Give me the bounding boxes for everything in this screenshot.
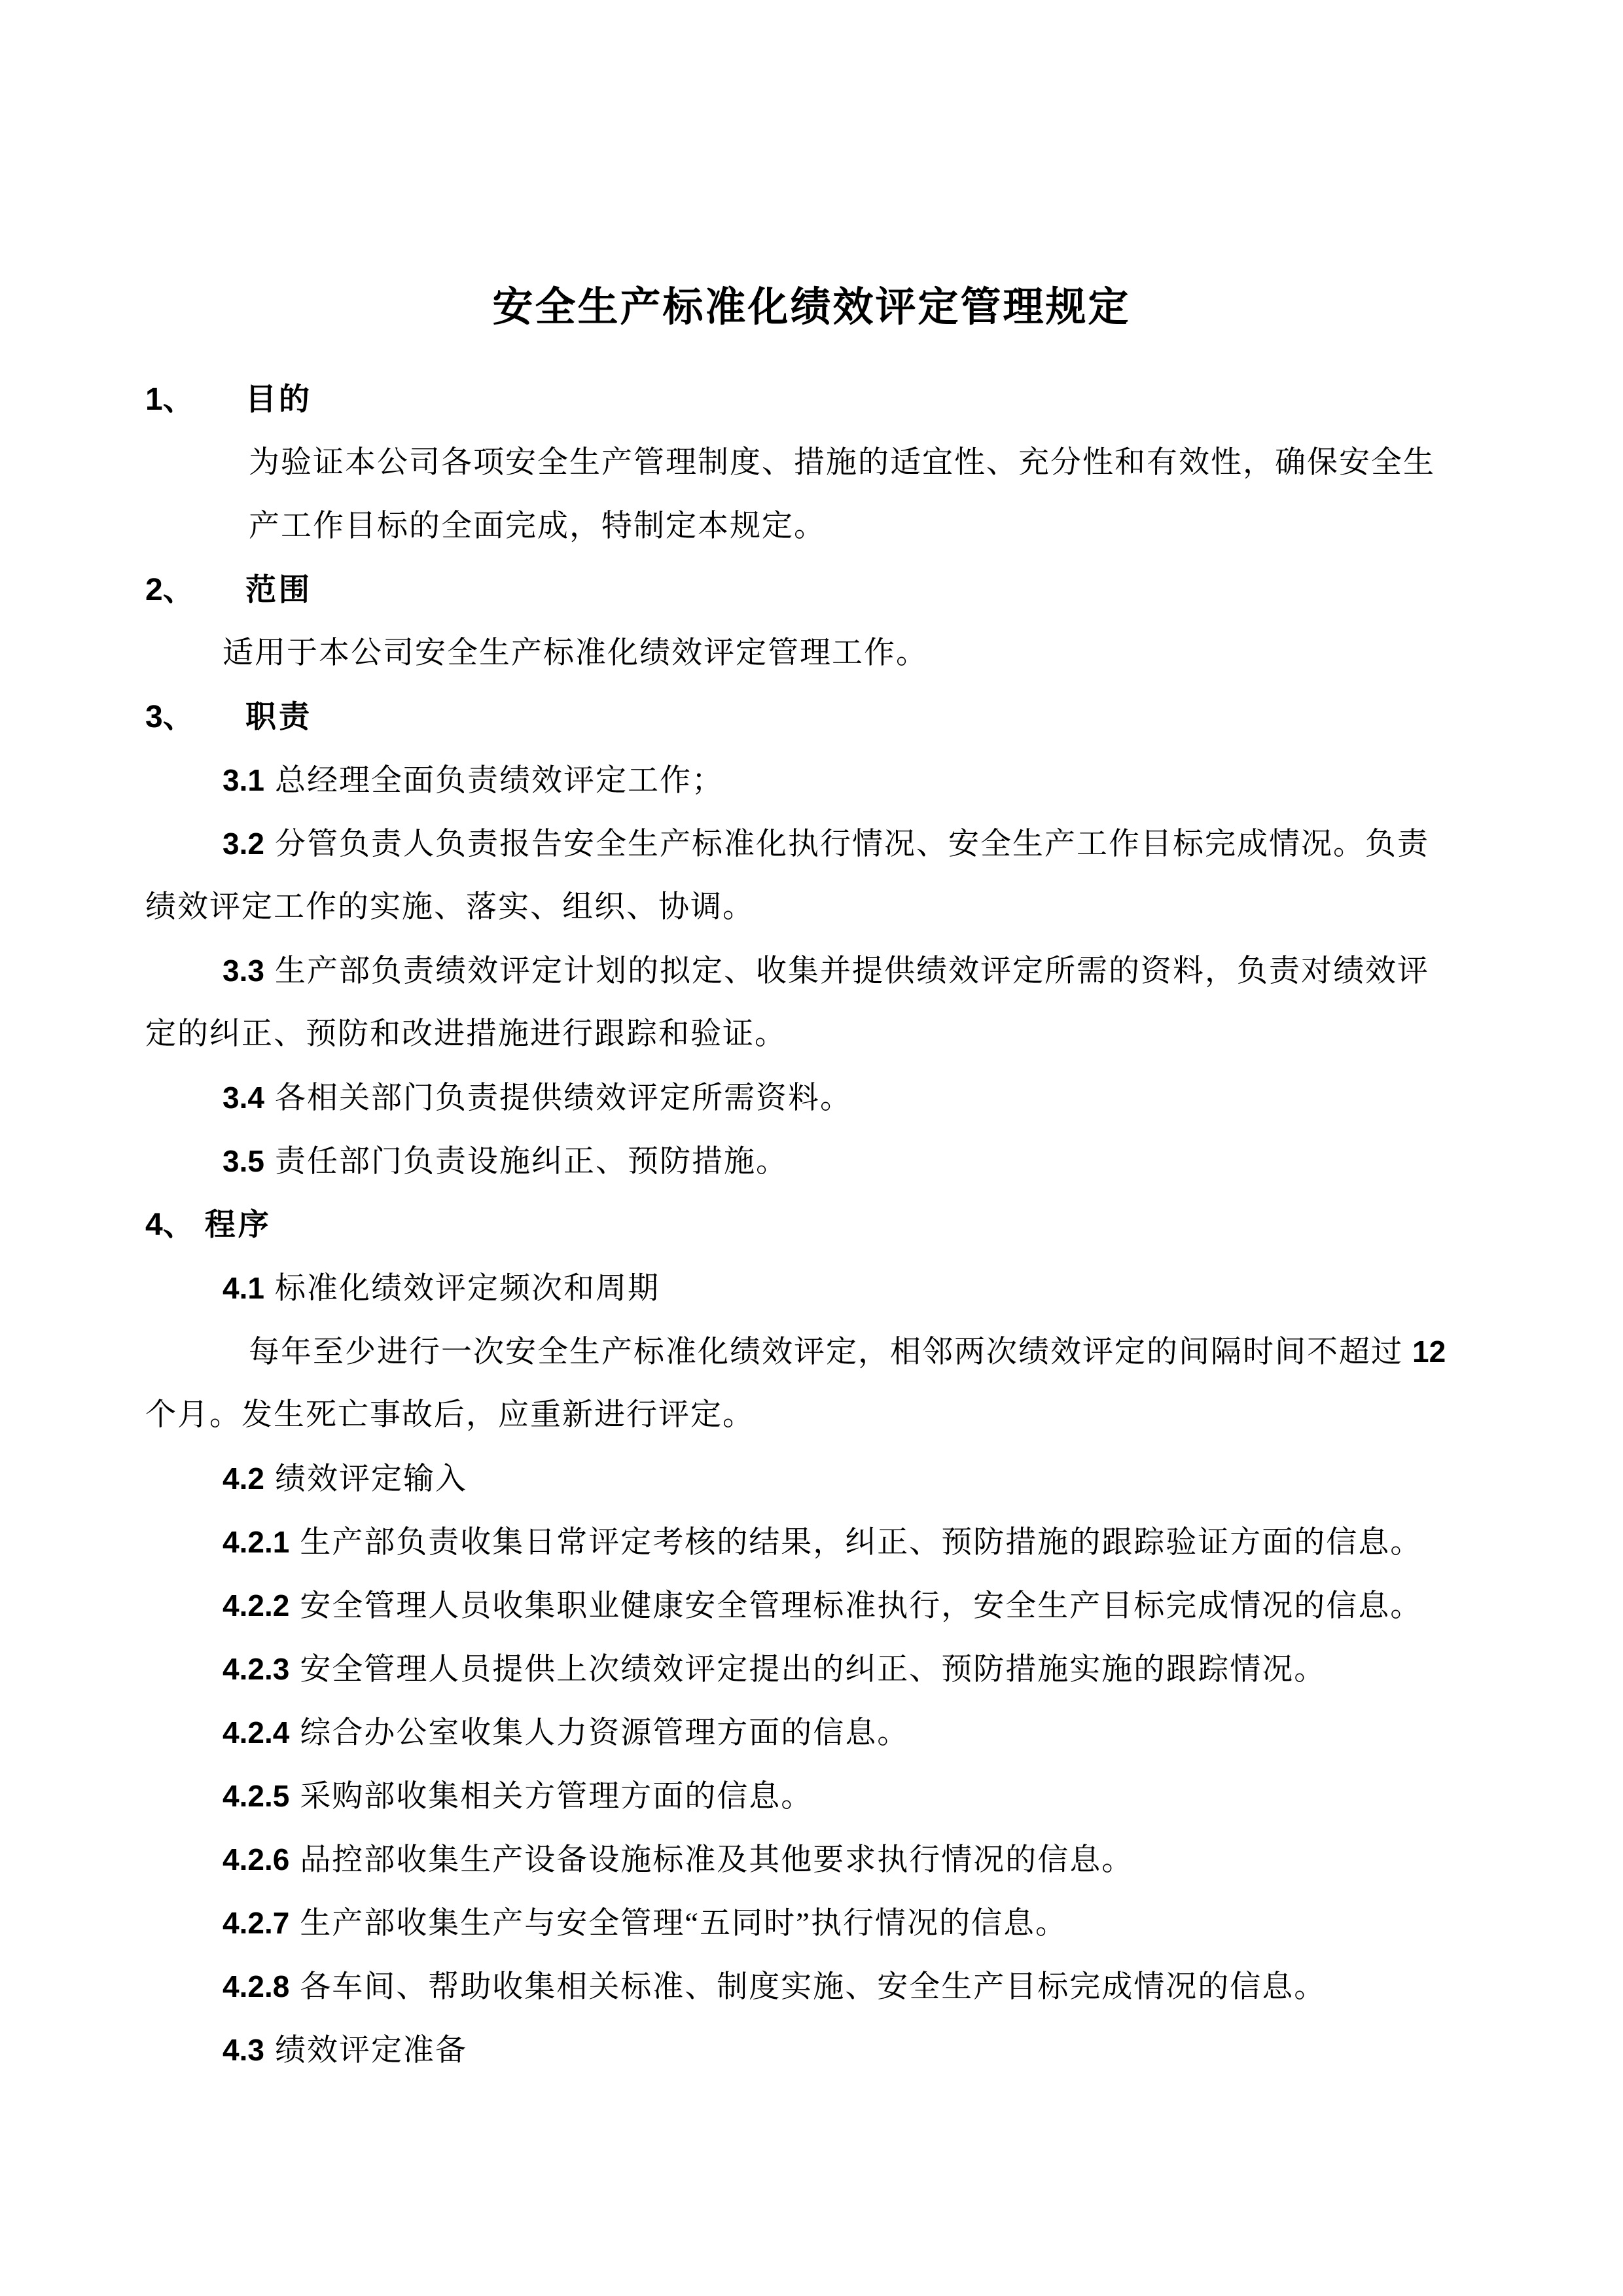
line-text: 生产部收集生产与安全管理“五同时”执行情况的信息。 xyxy=(300,1907,1067,1941)
line-text: 安全管理人员提供上次绩效评定提出的纠正、预防措施实施的跟踪情况。 xyxy=(300,1653,1326,1687)
clause-4-2-2: 4.2.2安全管理人员收集职业健康安全管理标准执行，安全生产目标完成情况的信息。 xyxy=(223,1574,1478,1638)
heading-3: 3、职责 xyxy=(145,685,1478,749)
line-text: 产工作目标的全面完成，特制定本规定。 xyxy=(249,509,826,543)
text-line: 个月。发生死亡事故后，应重新进行评定。 xyxy=(145,1384,1478,1447)
text-line: 绩效评定工作的实施、落实、组织、协调。 xyxy=(145,876,1478,939)
line-text: 适用于本公司安全生产标准化绩效评定管理工作。 xyxy=(223,636,928,670)
clause-4-2-1: 4.2.1生产部负责收集日常评定考核的结果，纠正、预防措施的跟踪验证方面的信息。 xyxy=(223,1511,1478,1574)
document-body: 1、目的 为验证本公司各项安全生产管理制度、措施的适宜性、充分性和有效性，确保安… xyxy=(145,368,1478,2082)
item-number: 4.1 xyxy=(223,1271,264,1305)
item-number: 4.2.6 xyxy=(223,1842,289,1876)
clause-3-5: 3.5责任部门负责设施纠正、预防措施。 xyxy=(223,1130,1478,1193)
line-text: 生产部负责收集日常评定考核的结果，纠正、预防措施的跟踪验证方面的信息。 xyxy=(300,1526,1422,1560)
clause-4-2-7: 4.2.7生产部收集生产与安全管理“五同时”执行情况的信息。 xyxy=(223,1892,1478,1955)
line-text: 品控部收集生产设备设施标准及其他要求执行情况的信息。 xyxy=(300,1843,1133,1877)
item-number: 4.2 xyxy=(223,1462,264,1496)
text-line: 定的纠正、预防和改进措施进行跟踪和验证。 xyxy=(145,1003,1478,1066)
clause-3-3: 3.3生产部负责绩效评定计划的拟定、收集并提供绩效评定所需的资料，负责对绩效评 xyxy=(223,939,1478,1003)
text-line: 每年至少进行一次安全生产标准化绩效评定，相邻两次绩效评定的间隔时间不超过12 xyxy=(249,1320,1478,1384)
line-text: 绩效评定准备 xyxy=(275,2034,467,2068)
clause-4-2-6: 4.2.6品控部收集生产设备设施标准及其他要求执行情况的信息。 xyxy=(223,1828,1478,1892)
line-text: 绩效评定输入 xyxy=(275,1462,467,1496)
item-number: 3.3 xyxy=(223,954,264,988)
clause-4-2-8: 4.2.8各车间、帮助收集相关标准、制度实施、安全生产目标完成情况的信息。 xyxy=(223,1955,1478,2018)
clause-3-1: 3.1总经理全面负责绩效评定工作； xyxy=(223,749,1478,812)
item-number: 2、 xyxy=(145,558,245,622)
heading-text: 范围 xyxy=(245,573,312,607)
clause-4-2-4: 4.2.4综合办公室收集人力资源管理方面的信息。 xyxy=(223,1701,1478,1765)
line-text: 绩效评定工作的实施、落实、组织、协调。 xyxy=(145,890,755,924)
line-text: 定的纠正、预防和改进措施进行跟踪和验证。 xyxy=(145,1017,787,1051)
item-number: 4.2.2 xyxy=(223,1588,289,1623)
line-text: 个月。发生死亡事故后，应重新进行评定。 xyxy=(145,1398,755,1432)
clause-4-2-3: 4.2.3安全管理人员提供上次绩效评定提出的纠正、预防措施实施的跟踪情况。 xyxy=(223,1638,1478,1701)
line-text: 采购部收集相关方管理方面的信息。 xyxy=(300,1780,813,1814)
item-number: 4、 xyxy=(145,1208,194,1242)
heading-text: 程序 xyxy=(205,1208,272,1242)
text-line: 适用于本公司安全生产标准化绩效评定管理工作。 xyxy=(223,622,1478,685)
line-text: 总经理全面负责绩效评定工作； xyxy=(275,764,724,798)
line-text: 标准化绩效评定频次和周期 xyxy=(275,1272,660,1306)
item-number: 4.2.4 xyxy=(223,1715,289,1749)
heading-text: 职责 xyxy=(245,700,312,734)
text-line: 为验证本公司各项安全生产管理制度、措施的适宜性、充分性和有效性，确保安全生 xyxy=(249,431,1478,495)
heading-text: 目的 xyxy=(245,383,312,417)
heading-1: 1、目的 xyxy=(145,368,1478,431)
text-line: 产工作目标的全面完成，特制定本规定。 xyxy=(249,495,1478,558)
item-number: 3.4 xyxy=(223,1081,264,1115)
item-number: 3.1 xyxy=(223,763,264,797)
item-number: 4.2.3 xyxy=(223,1652,289,1686)
line-text: 生产部负责绩效评定计划的拟定、收集并提供绩效评定所需的资料，负责对绩效评 xyxy=(275,954,1429,988)
line-text: 分管负责人负责报告安全生产标准化执行情况、安全生产工作目标完成情况。负责 xyxy=(275,827,1429,861)
heading-2: 2、范围 xyxy=(145,558,1478,622)
item-number: 3.2 xyxy=(223,827,264,861)
document-page: 安全生产标准化绩效评定管理规定 1、目的 为验证本公司各项安全生产管理制度、措施… xyxy=(0,0,1623,2296)
item-number: 4.2.5 xyxy=(223,1779,289,1813)
clause-4-2-5: 4.2.5采购部收集相关方管理方面的信息。 xyxy=(223,1765,1478,1828)
inline-number: 12 xyxy=(1412,1335,1446,1369)
clause-3-4: 3.4各相关部门负责提供绩效评定所需资料。 xyxy=(223,1066,1478,1130)
line-text: 责任部门负责设施纠正、预防措施。 xyxy=(275,1145,788,1179)
line-text: 各相关部门负责提供绩效评定所需资料。 xyxy=(275,1081,852,1115)
heading-4: 4、程序 xyxy=(145,1193,1478,1257)
item-number: 3、 xyxy=(145,685,245,749)
item-number: 4.2.1 xyxy=(223,1525,289,1559)
clause-4-2: 4.2绩效评定输入 xyxy=(223,1447,1478,1511)
line-text: 安全管理人员收集职业健康安全管理标准执行，安全生产目标完成情况的信息。 xyxy=(300,1589,1422,1623)
line-text: 综合办公室收集人力资源管理方面的信息。 xyxy=(300,1716,909,1750)
item-number: 4.2.8 xyxy=(223,1969,289,2003)
line-text: 为验证本公司各项安全生产管理制度、措施的适宜性、充分性和有效性，确保安全生 xyxy=(249,446,1435,480)
document-title: 安全生产标准化绩效评定管理规定 xyxy=(145,278,1478,338)
clause-4-1: 4.1标准化绩效评定频次和周期 xyxy=(223,1257,1478,1320)
item-number: 4.2.7 xyxy=(223,1906,289,1940)
clause-4-3: 4.3绩效评定准备 xyxy=(223,2018,1478,2082)
item-number: 3.5 xyxy=(223,1144,264,1178)
line-text: 各车间、帮助收集相关标准、制度实施、安全生产目标完成情况的信息。 xyxy=(300,1970,1326,2004)
item-number: 4.3 xyxy=(223,2033,264,2067)
line-text: 每年至少进行一次安全生产标准化绩效评定，相邻两次绩效评定的间隔时间不超过 xyxy=(249,1335,1403,1369)
clause-3-2: 3.2分管负责人负责报告安全生产标准化执行情况、安全生产工作目标完成情况。负责 xyxy=(223,812,1478,876)
document-content: 安全生产标准化绩效评定管理规定 1、目的 为验证本公司各项安全生产管理制度、措施… xyxy=(145,0,1478,2082)
item-number: 1、 xyxy=(145,368,245,431)
